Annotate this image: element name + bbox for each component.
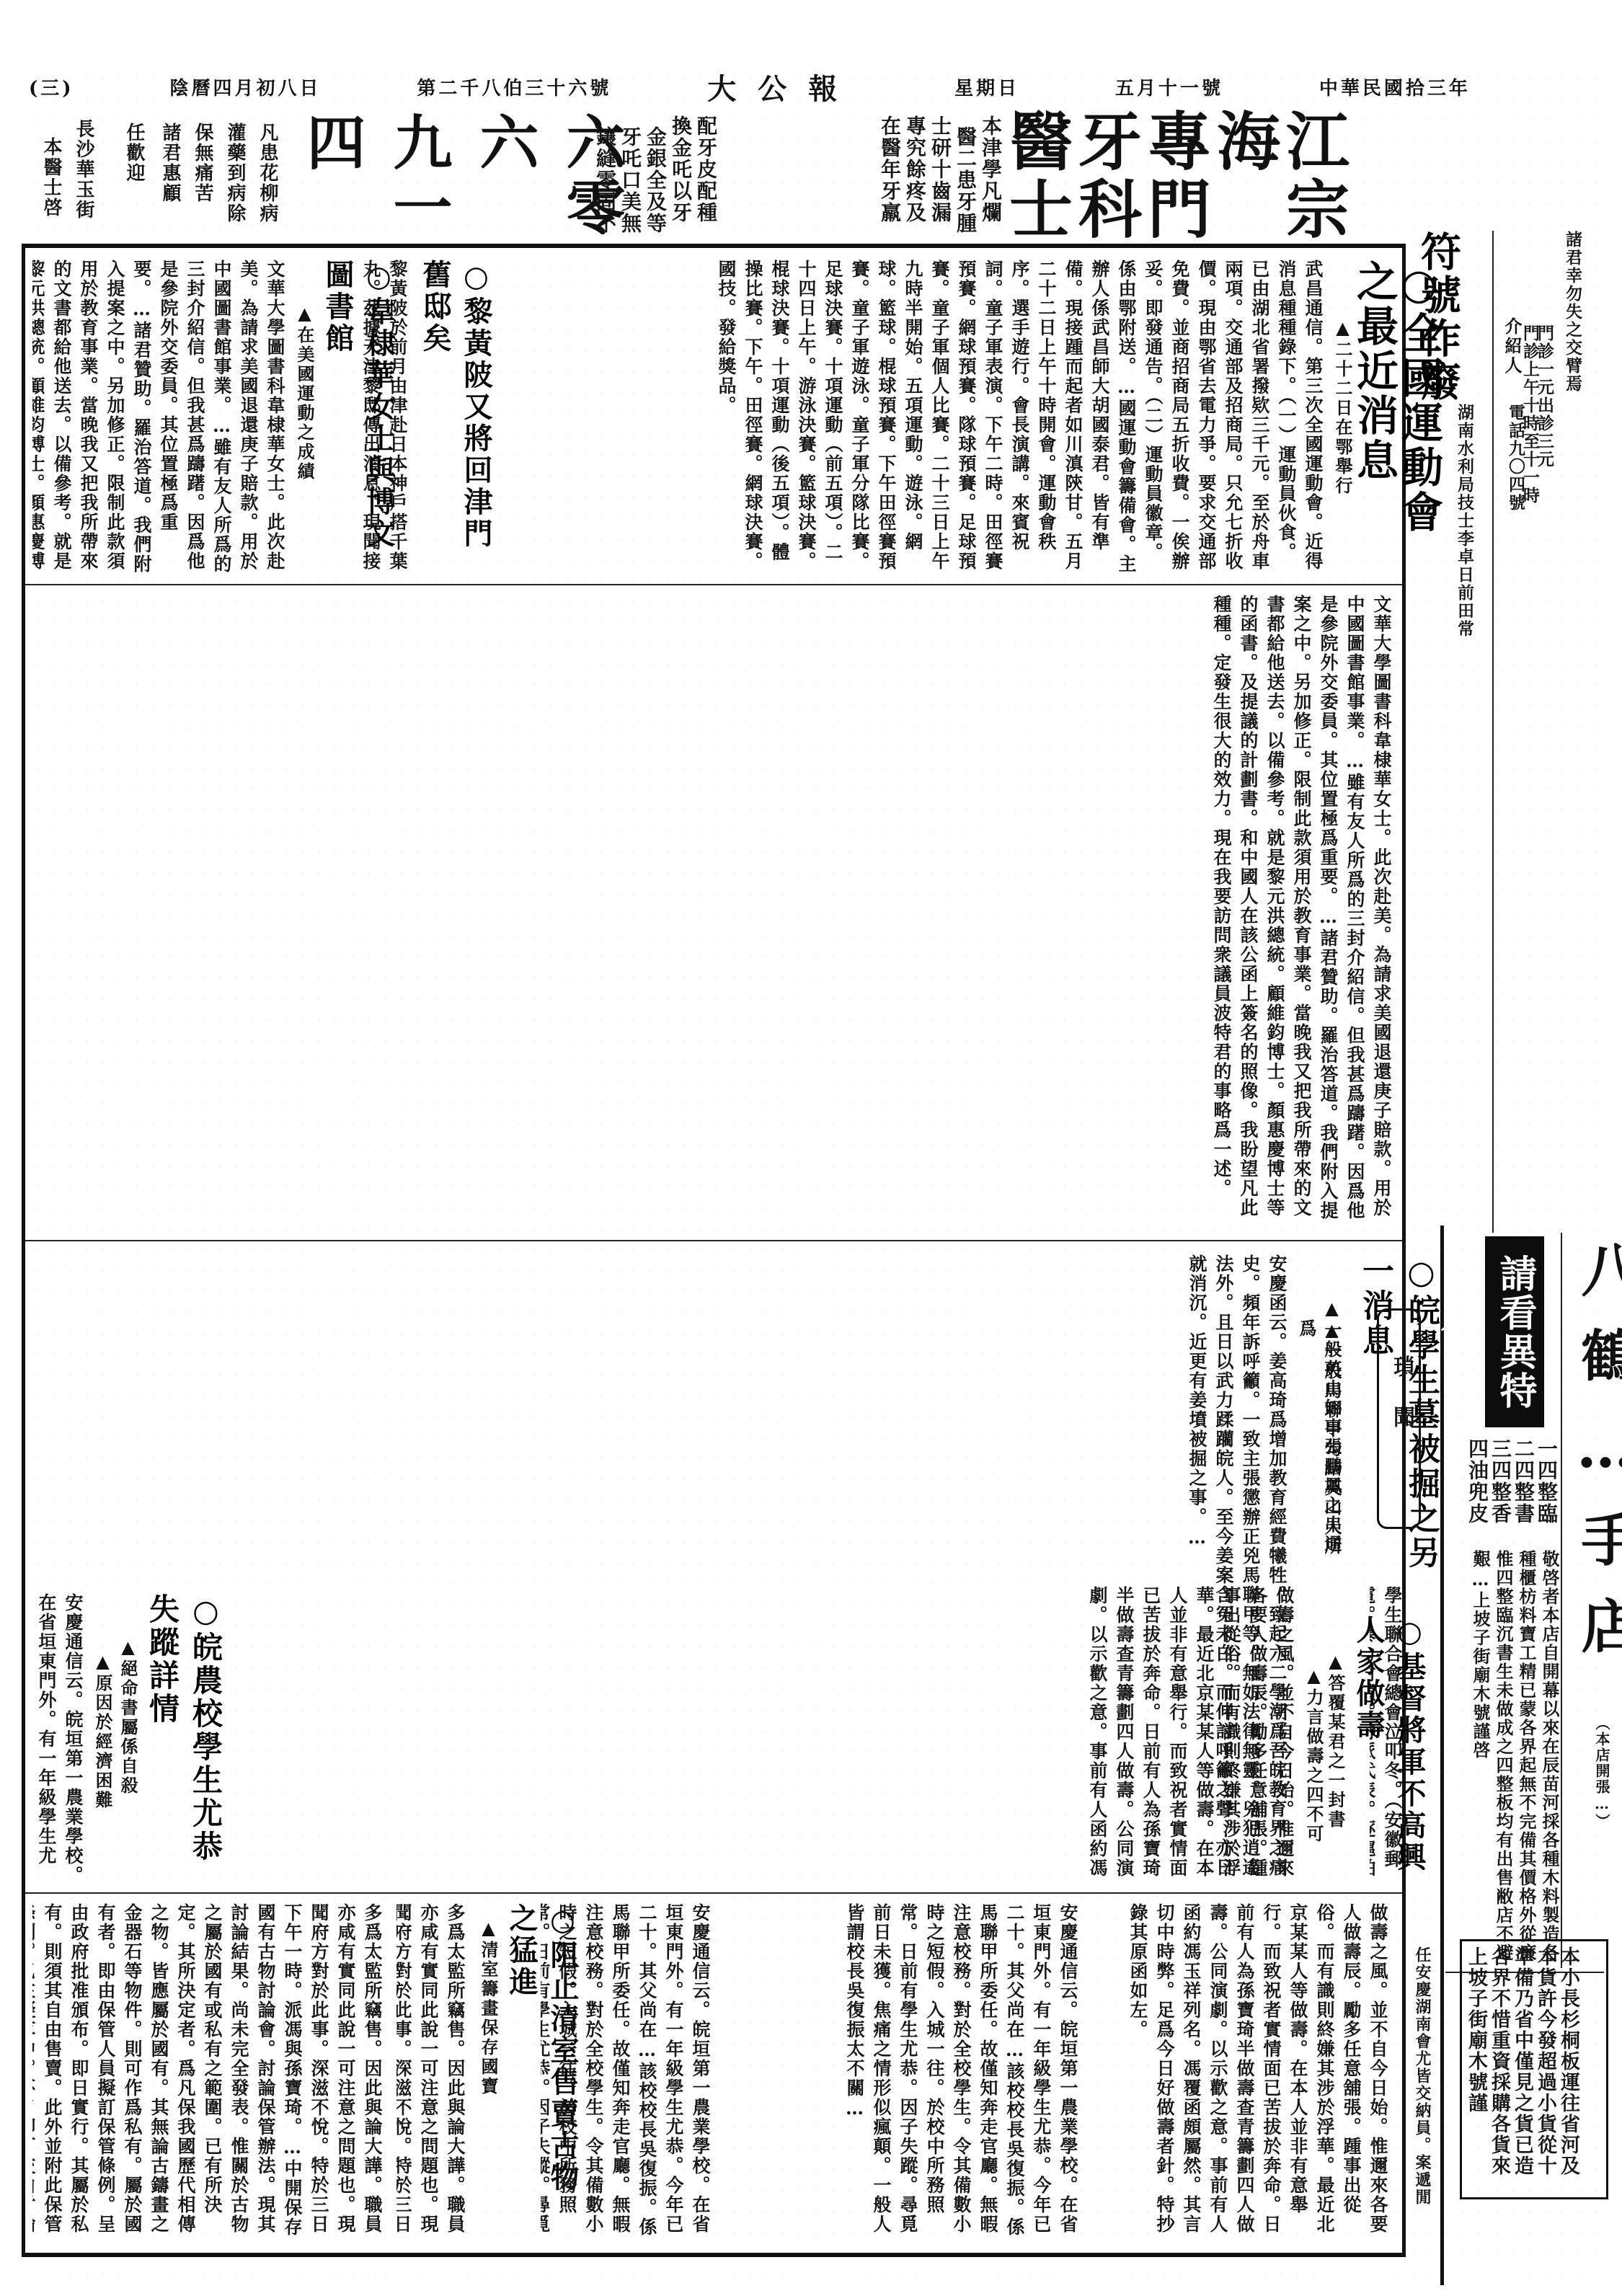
special-item-1: 一四整臨沉 bbox=[1535, 1438, 1560, 1539]
frame-left-rule bbox=[22, 244, 25, 2255]
special-item-3: 三四整香杉 bbox=[1489, 1438, 1514, 1539]
special-item-2-num: 二 bbox=[1512, 1438, 1535, 1460]
article-qing-antiques-subhead: ▲清室籌畫保存國寶 bbox=[476, 1918, 501, 2105]
special-notice-banner: 請看異特色 bbox=[1485, 1236, 1544, 1427]
article-christian-general-headline: ○基督將軍不高興人家做壽 bbox=[1348, 1615, 1430, 1874]
article-wei-dihua-headline: ○韋棣華女士與博文圖書館 bbox=[317, 260, 399, 577]
dentist-ad-line-5: 在醫年牙羸苦經斷之之常凡 bbox=[876, 115, 903, 238]
notice-detail: 湖南水利局技士李卓日前田常 bbox=[1449, 404, 1478, 908]
right-column-rule bbox=[1440, 1225, 1444, 2285]
article-christian-general-subhead-1: ▲答覆某君之一封書 bbox=[1323, 1651, 1348, 1867]
dentist-ad-line-1: 本津學凡爛名不醫根備堅牙 bbox=[977, 115, 1004, 238]
masthead-year: 中華民國拾三年 bbox=[1319, 74, 1471, 100]
dentist-ad-line-2: 醫二患牙腫堪治其便固 bbox=[952, 126, 979, 241]
masthead-issue-number: 第二千八伯三十六號 bbox=[417, 74, 611, 100]
denture-ad-line-1: 配牙皮配種堅植現家藥 bbox=[692, 115, 719, 238]
article-christian-general-body: 做壽之風。並不自今日始。惟邇來各要人做壽辰。勵多任意舖張。踵事出從俗。而有識則終… bbox=[1089, 1586, 1298, 1889]
special-notice-body: 敬啓者本店自開幕以來在辰苗河採各種木料製造各種櫃枋料寶工精已蒙各界起無不完備其價… bbox=[1445, 1550, 1561, 1968]
denture-ad-line-3: 金銀全及等如爲特射 bbox=[642, 126, 669, 241]
special-item-2: 二四整書櫥 bbox=[1512, 1438, 1537, 1539]
bottom-right-ad-frame bbox=[1460, 1939, 1608, 2199]
masthead-paper-name: 大公報 bbox=[707, 66, 859, 107]
article-li-huangpi-headline: ○黎黃陂又將回津門舊邸矣 bbox=[415, 260, 497, 577]
frame-top-rule bbox=[22, 244, 1406, 248]
special-item-4-num: 四 bbox=[1466, 1438, 1489, 1460]
band-divider-3 bbox=[25, 1892, 1402, 1894]
lower-left-notice: 任安慶湖南會尤皆交納員。案遞閒倘以當 bbox=[1409, 1946, 1435, 2206]
article-student-missing-subhead-1: ▲原因於經濟困難 bbox=[90, 1651, 115, 1838]
article-wei-dihua-dateline: ▲在美國運動之成績 bbox=[292, 303, 317, 562]
notice-divider bbox=[1492, 231, 1494, 1233]
special-item-3-num: 三 bbox=[1489, 1438, 1512, 1460]
article-national-games-dateline: ▲二十二日在鄂舉行 bbox=[1330, 317, 1355, 505]
notice-intro: 諸君幸勿失之交臂焉 bbox=[1557, 231, 1586, 591]
denture-ad-line-2: 換金吒以牙固尤又注品 bbox=[667, 115, 694, 238]
masthead-lunar-date: 陰曆四月初八日 bbox=[169, 74, 321, 100]
article-student-missing-headline: ○皖農校學生尤恭失蹤詳情 bbox=[141, 1593, 227, 1896]
article-student-missing-body-mid: 安慶通信云。皖垣第一農業學校。在省垣東門外。有一年級學生尤恭。今年已二十。其父尚… bbox=[541, 1903, 714, 2242]
brief-news-label: 瑣聞 bbox=[1386, 1355, 1417, 1499]
article-national-games-headline: ○全國運動會之最近消息 bbox=[1352, 260, 1441, 577]
article-wei-dihua-body-continued: 文華大學圖書科韋棣華女士。此次赴美。為請求美國退還庚子賠款。用於中國圖書館事業。… bbox=[32, 595, 1395, 1229]
pill-606-line-3: 保無痛苦 bbox=[191, 123, 216, 245]
article-student-missing-body: 安慶通信云。皖垣第一農業學校。在省垣東門外。有一年級學生尤恭。今年已二十。其父尚… bbox=[32, 1593, 87, 1889]
article-qing-antiques-body-head: 多爲太監所竊售。因此與論大譁。職員亦咸有實同此說一可注意之問題也。現聞府方對於此… bbox=[396, 1903, 469, 2242]
article-anhui-tomb-subhead-2: ▲一般馬聯甲勾結英山人所爲 bbox=[1294, 1319, 1344, 1557]
masthead: 中華民國拾三年 五月十一號 星期日 大公報 第二千八伯三十六號 陰曆四月初八日 … bbox=[29, 72, 1471, 101]
pill-606-line-2: 灌藥到病除 bbox=[223, 123, 248, 245]
special-item-1-num: 一 bbox=[1535, 1438, 1559, 1460]
dentist-ad-line-4: 專究餘疼及痛一可術牙尋比 bbox=[901, 115, 929, 238]
clinic-line-3: 電話九〇四號 bbox=[1503, 404, 1529, 728]
band-divider-1 bbox=[25, 584, 1402, 585]
article-christian-general-subhead-2: ▲力言做壽之四不可 bbox=[1301, 1665, 1326, 1867]
article-student-missing-subhead-2: ▲絕命書屬係自殺 bbox=[115, 1636, 141, 1824]
masthead-weekday: 星期日 bbox=[954, 74, 1019, 100]
band-divider-2 bbox=[25, 1240, 1402, 1241]
article-student-missing-body-continued: 安慶通信云。皖垣第一農業學校。在省垣東門外。有一年級學生尤恭。今年已二十。其父尚… bbox=[721, 1903, 1081, 2242]
right-column-inner-rule bbox=[1561, 1233, 1562, 1968]
article-christian-general-body-continued: 做壽之風。並不自今日始。惟邇來各要人做壽辰。勵多任意舖張。踵事出從俗。而有識則終… bbox=[1089, 1903, 1391, 2242]
masthead-gregorian-date: 五月十一號 bbox=[1115, 74, 1223, 100]
pill-606-line-5: 任歡迎 bbox=[123, 123, 147, 245]
pill-606-line-7: 本醫士啓 bbox=[40, 137, 64, 245]
article-wei-dihua-body-top: 文華大學圖書科韋棣華女士。此次赴美。為請求美國退還庚子賠款。用於中國圖書館事業。… bbox=[32, 260, 288, 577]
special-item-4: 四油兜皮桐 bbox=[1466, 1438, 1491, 1539]
pill-606-line-1: 凡患花柳病 bbox=[256, 123, 280, 245]
article-qing-antiques-body: 多爲太監所竊售。因此與論大譁。職員亦咸有實同此說一可注意之問題也。現聞府方對於此… bbox=[32, 1903, 386, 2242]
dentist-ad-line-3: 士研十齒漏毒者均手鑲非可 bbox=[926, 115, 954, 238]
dentist-ad-title: 江宗海 專門 牙科 醫士 bbox=[1002, 108, 1348, 274]
frame-bottom-rule bbox=[22, 2253, 1406, 2257]
article-national-games-body: 武昌通信。第三次全國運動會。近得消息種種錄下。（一）運動員伙食。已由湖北省署撥欵… bbox=[375, 260, 1326, 577]
shop-note: （本店開張…） bbox=[1593, 1716, 1615, 1903]
masthead-page-number: (三) bbox=[29, 74, 74, 100]
pill-606-line-6: 長沙華玉街 bbox=[72, 119, 97, 245]
pill-606-line-4: 諸君惠顧 bbox=[159, 123, 183, 245]
